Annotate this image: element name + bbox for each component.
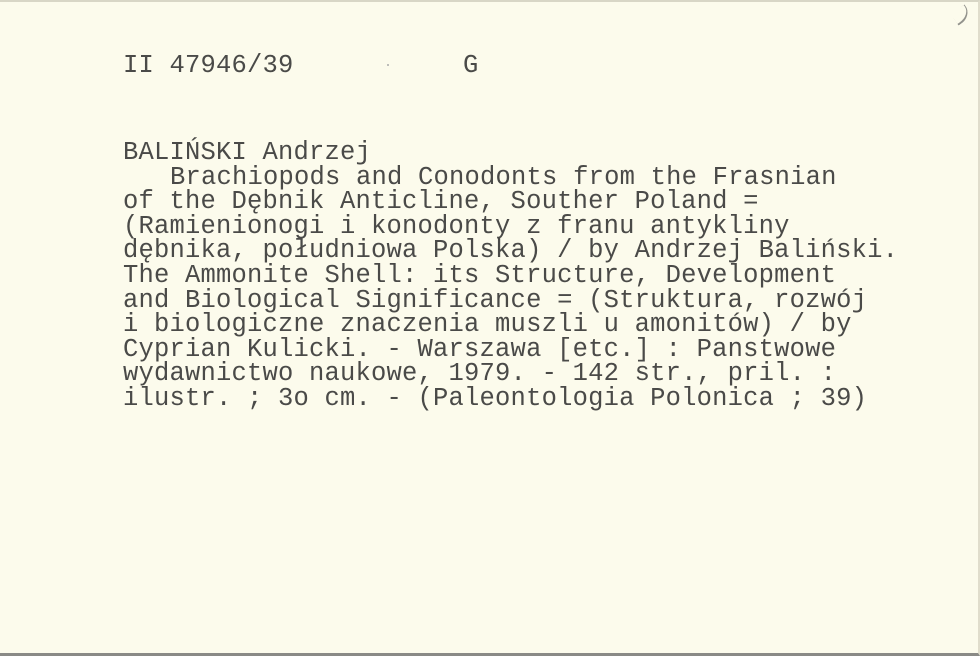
author-heading: BALIŃSKI Andrzej	[123, 141, 898, 166]
ink-speck	[387, 64, 389, 66]
pencil-mark-icon	[951, 4, 973, 25]
series-line: ilustr. ; 3o cm. - (Paleontologia Poloni…	[123, 387, 898, 412]
location-code: G	[463, 53, 478, 78]
call-number: II 47946/39	[123, 53, 294, 78]
card-body: BALIŃSKI Andrzej Brachiopods and Conodon…	[123, 141, 898, 412]
catalog-card: II 47946/39 G BALIŃSKI Andrzej Brachiopo…	[0, 0, 980, 656]
description-line: The Ammonite Shell: its Structure, Devel…	[123, 264, 898, 289]
